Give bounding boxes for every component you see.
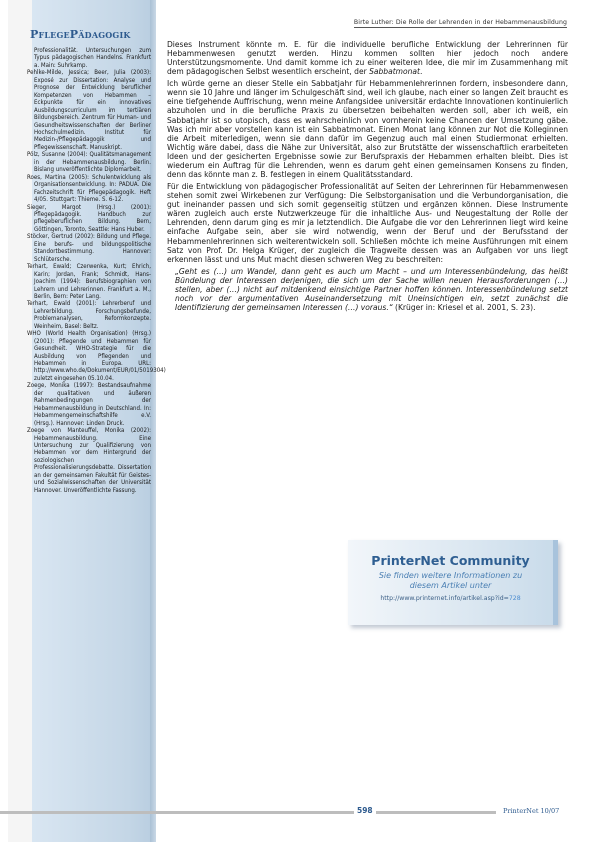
reference-item: Pehlke-Milde, Jessica; Beer, Julia (2003… bbox=[27, 69, 151, 151]
reference-list: Professionalität. Untersuchungen zum Typ… bbox=[27, 47, 151, 494]
promo-text-line: diesem Artikel unter bbox=[348, 581, 553, 591]
promo-title: PrinterNet Community bbox=[348, 553, 553, 568]
reference-item: Terhart, Ewald; Czerwenka, Kurt; Ehrich,… bbox=[27, 263, 151, 300]
reference-item: Professionalität. Untersuchungen zum Typ… bbox=[27, 47, 151, 69]
reference-item: Sieger, Margot (Hrsg.) (2001): Pflegepäd… bbox=[27, 204, 151, 234]
footer-rule bbox=[0, 811, 496, 814]
emphasis-term: Sabbatmonat bbox=[369, 67, 420, 76]
paragraph: Für die Entwicklung von pädagogischer Pr… bbox=[167, 182, 568, 264]
article-link[interactable]: http://www.printernet.info/artikel.asp?i… bbox=[348, 595, 553, 602]
paragraph-text: Dieses Instrument könnte m. E. für die i… bbox=[167, 40, 568, 76]
reference-item: WHO (World Health Organisation) (Hrsg.) … bbox=[27, 330, 151, 382]
reference-item: Zoege, Monika (1997): Bestandsaufnahme d… bbox=[27, 382, 151, 427]
paragraph: Dieses Instrument könnte m. E. für die i… bbox=[167, 40, 568, 76]
running-head: Birte Luther: Die Rolle der Lehrenden in… bbox=[354, 19, 567, 28]
reference-item: Zoege von Manteuffel, Monika (2002): Heb… bbox=[27, 427, 151, 494]
issue-label: PrinterNet 10/07 bbox=[503, 807, 559, 815]
article-url[interactable]: http://www.printernet.info/artikel.asp?i… bbox=[380, 595, 509, 602]
reference-item: Roes, Martina (2005): Schulentwicklung a… bbox=[27, 174, 151, 204]
reference-item: Pölz, Susanne (2004): Qualitätsmanagemen… bbox=[27, 151, 151, 173]
reference-item: Terhart, Ewald (2001): Lehrerberuf und L… bbox=[27, 300, 151, 330]
article-id[interactable]: 728 bbox=[509, 595, 521, 602]
promo-text-line: Sie finden weitere Informationen zu bbox=[348, 571, 553, 581]
quote-citation: (Krüger in: Kriesel et al. 2001, S. 23). bbox=[393, 303, 536, 312]
article-body: Dieses Instrument könnte m. E. für die i… bbox=[167, 40, 568, 312]
promo-text: Sie finden weitere Informationen zu dies… bbox=[348, 571, 553, 591]
paragraph-text: . bbox=[420, 67, 422, 76]
journal-logo: PflegePädagogik bbox=[30, 28, 131, 41]
page-number: 598 bbox=[354, 806, 376, 815]
paragraph: Ich würde gerne an dieser Stelle ein Sab… bbox=[167, 79, 568, 179]
reference-item: Stöcker, Gertrud (2002): Bildung und Pfl… bbox=[27, 233, 151, 263]
block-quote: „Geht es (…) um Wandel, dann geht es auc… bbox=[175, 267, 568, 312]
printernet-community-box: PrinterNet Community Sie finden weitere … bbox=[348, 540, 558, 625]
